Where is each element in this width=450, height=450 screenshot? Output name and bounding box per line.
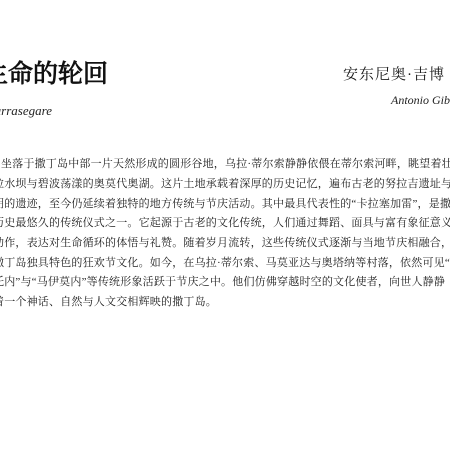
- article-title: 生命的轮回: [0, 61, 108, 89]
- body-line: 撒丁岛独具特色的狂欢节文化。如今，在乌拉·蒂尔索、马莫亚达与奥塔纳等村落，依然可…: [0, 258, 450, 270]
- body-line: 历史最悠久的传统仪式之一。它起源于古老的文化传统，人们通过舞蹈、面具与富有象征意…: [0, 218, 450, 230]
- article-subtitle-latin: Carrasegare: [0, 103, 52, 119]
- author-name-cjk: 安东尼奥·吉博: [343, 63, 445, 84]
- body-line: 坐落于撒丁岛中部一片天然形成的圆形谷地，乌拉·蒂尔索静静依偎在蒂尔索河畔，眺望着…: [1, 159, 450, 171]
- document-page: 生命的轮回 Carrasegare 安东尼奥·吉博 Antonio Gib 坐落…: [0, 0, 450, 450]
- body-line: 托内”与“马伊莫内”等传统形象活跃于节庆之中。他们仿佛穿越时空的文化使者，向世人…: [0, 277, 445, 289]
- body-line: 明的遗迹，至今仍延续着独特的地方传统与节庆活动。其中最具代表性的“卡拉塞加雷”，…: [0, 199, 450, 211]
- author-name-latin: Antonio Gib: [391, 93, 450, 108]
- body-line: 拉水坝与碧波荡漾的奥莫代奥湖。这片土地承载着深厚的历史记忆，遍布古老的努拉吉遗址…: [0, 179, 450, 191]
- body-line: 着一个神话、自然与人文交相辉映的撒丁岛。: [0, 297, 217, 309]
- body-line: 动作，表达对生命循环的体悟与礼赞。随着岁月流转，这些传统仪式逐渐与当地节庆相融合…: [0, 238, 450, 250]
